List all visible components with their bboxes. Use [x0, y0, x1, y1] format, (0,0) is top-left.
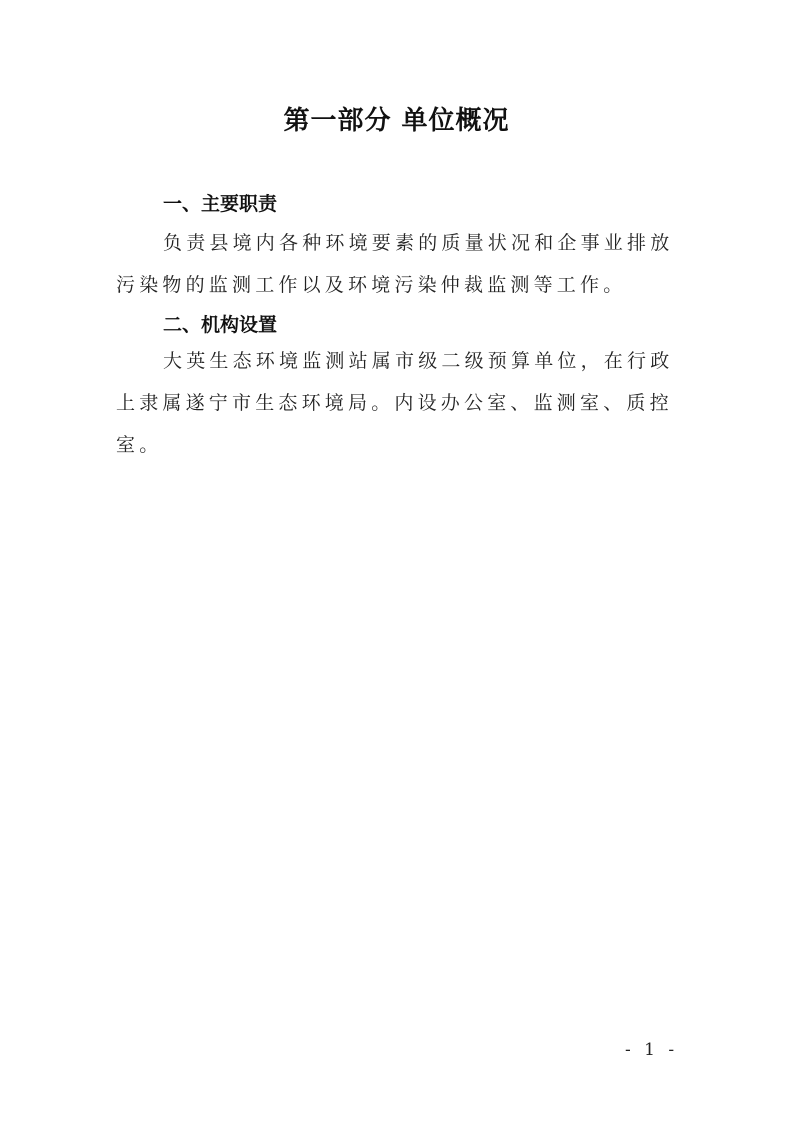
- section-heading-duties: 一、主要职责: [163, 189, 277, 216]
- page-title: 第一部分 单位概况: [0, 100, 793, 137]
- page-number: - 1 -: [625, 1040, 678, 1060]
- document-page: 第一部分 单位概况 一、主要职责 负责县境内各种环境要素的质量状况和企事业排放污…: [0, 0, 793, 1122]
- section-body-duties: 负责县境内各种环境要素的质量状况和企事业排放污染物的监测工作以及环境污染仲裁监测…: [116, 222, 686, 306]
- section-body-organization: 大英生态环境监测站属市级二级预算单位，在行政上隶属遂宁市生态环境局。内设办公室、…: [116, 340, 686, 466]
- section-heading-organization: 二、机构设置: [163, 310, 277, 337]
